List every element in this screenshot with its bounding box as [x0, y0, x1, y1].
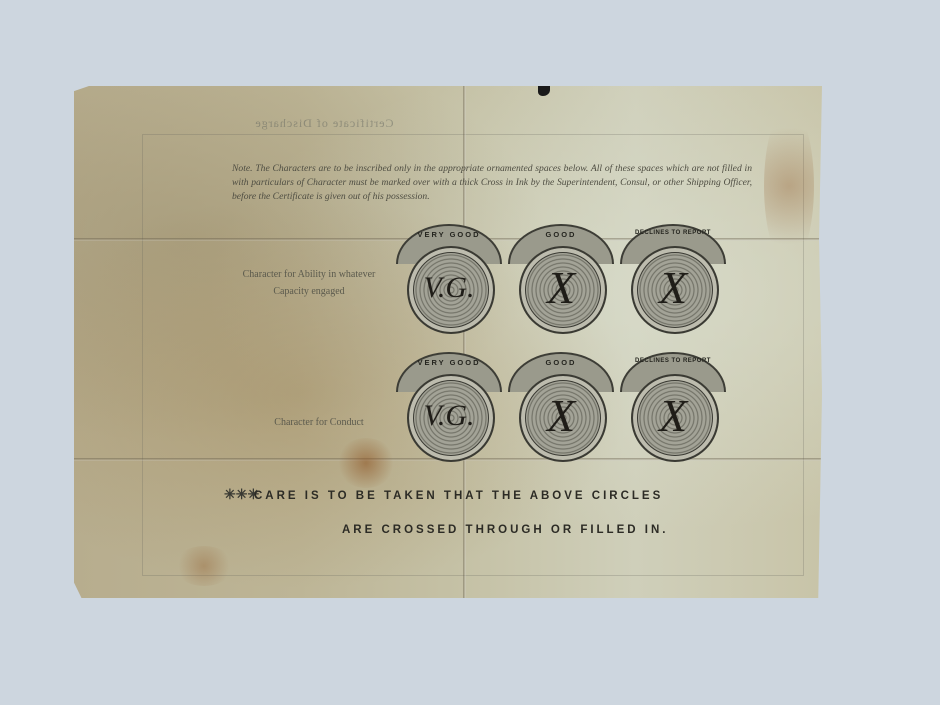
ability-circle-declines: DECLINES TO REPORT X [620, 224, 726, 342]
corner-stain [174, 546, 234, 586]
handwritten-mark: V.G. [407, 258, 491, 318]
banner-label: DECLINES TO REPORT [620, 358, 726, 364]
cross-mark: X [519, 258, 603, 318]
cross-mark: X [631, 386, 715, 446]
banner-label: GOOD [508, 358, 614, 367]
ink-blot [538, 86, 550, 96]
rust-stain [336, 438, 396, 488]
banner-label: VERY GOOD [396, 358, 502, 367]
banner-label: DECLINES TO REPORT [620, 230, 726, 236]
ability-circle-very-good: VERY GOOD V.G. [396, 224, 502, 342]
show-through-title: Certificate of Discharge [174, 116, 474, 131]
certificate-paper: Certificate of Discharge Note. The Chara… [74, 86, 822, 598]
warning-line-2: ARE CROSSED THROUGH OR FILLED IN. [342, 524, 668, 536]
ability-label: Character for Ability in whatever Capaci… [224, 266, 394, 300]
warning-line-1: CARE IS TO BE TAKEN THAT THE ABOVE CIRCL… [254, 490, 663, 502]
ability-circle-good: GOOD X [508, 224, 614, 342]
conduct-circle-very-good: VERY GOOD V.G. [396, 352, 502, 470]
conduct-label: Character for Conduct [234, 414, 404, 431]
banner-label: GOOD [508, 230, 614, 239]
handwritten-mark: V.G. [407, 386, 491, 446]
cross-mark: X [519, 386, 603, 446]
edge-stain [764, 106, 814, 266]
conduct-circle-good: GOOD X [508, 352, 614, 470]
character-circles-grid: VERY GOOD V.G. GOOD X DECLINES TO REPORT… [396, 224, 736, 504]
instruction-note: Note. The Characters are to be inscribed… [232, 162, 752, 204]
banner-label: VERY GOOD [396, 230, 502, 239]
cross-mark: X [631, 258, 715, 318]
conduct-circle-declines: DECLINES TO REPORT X [620, 352, 726, 470]
